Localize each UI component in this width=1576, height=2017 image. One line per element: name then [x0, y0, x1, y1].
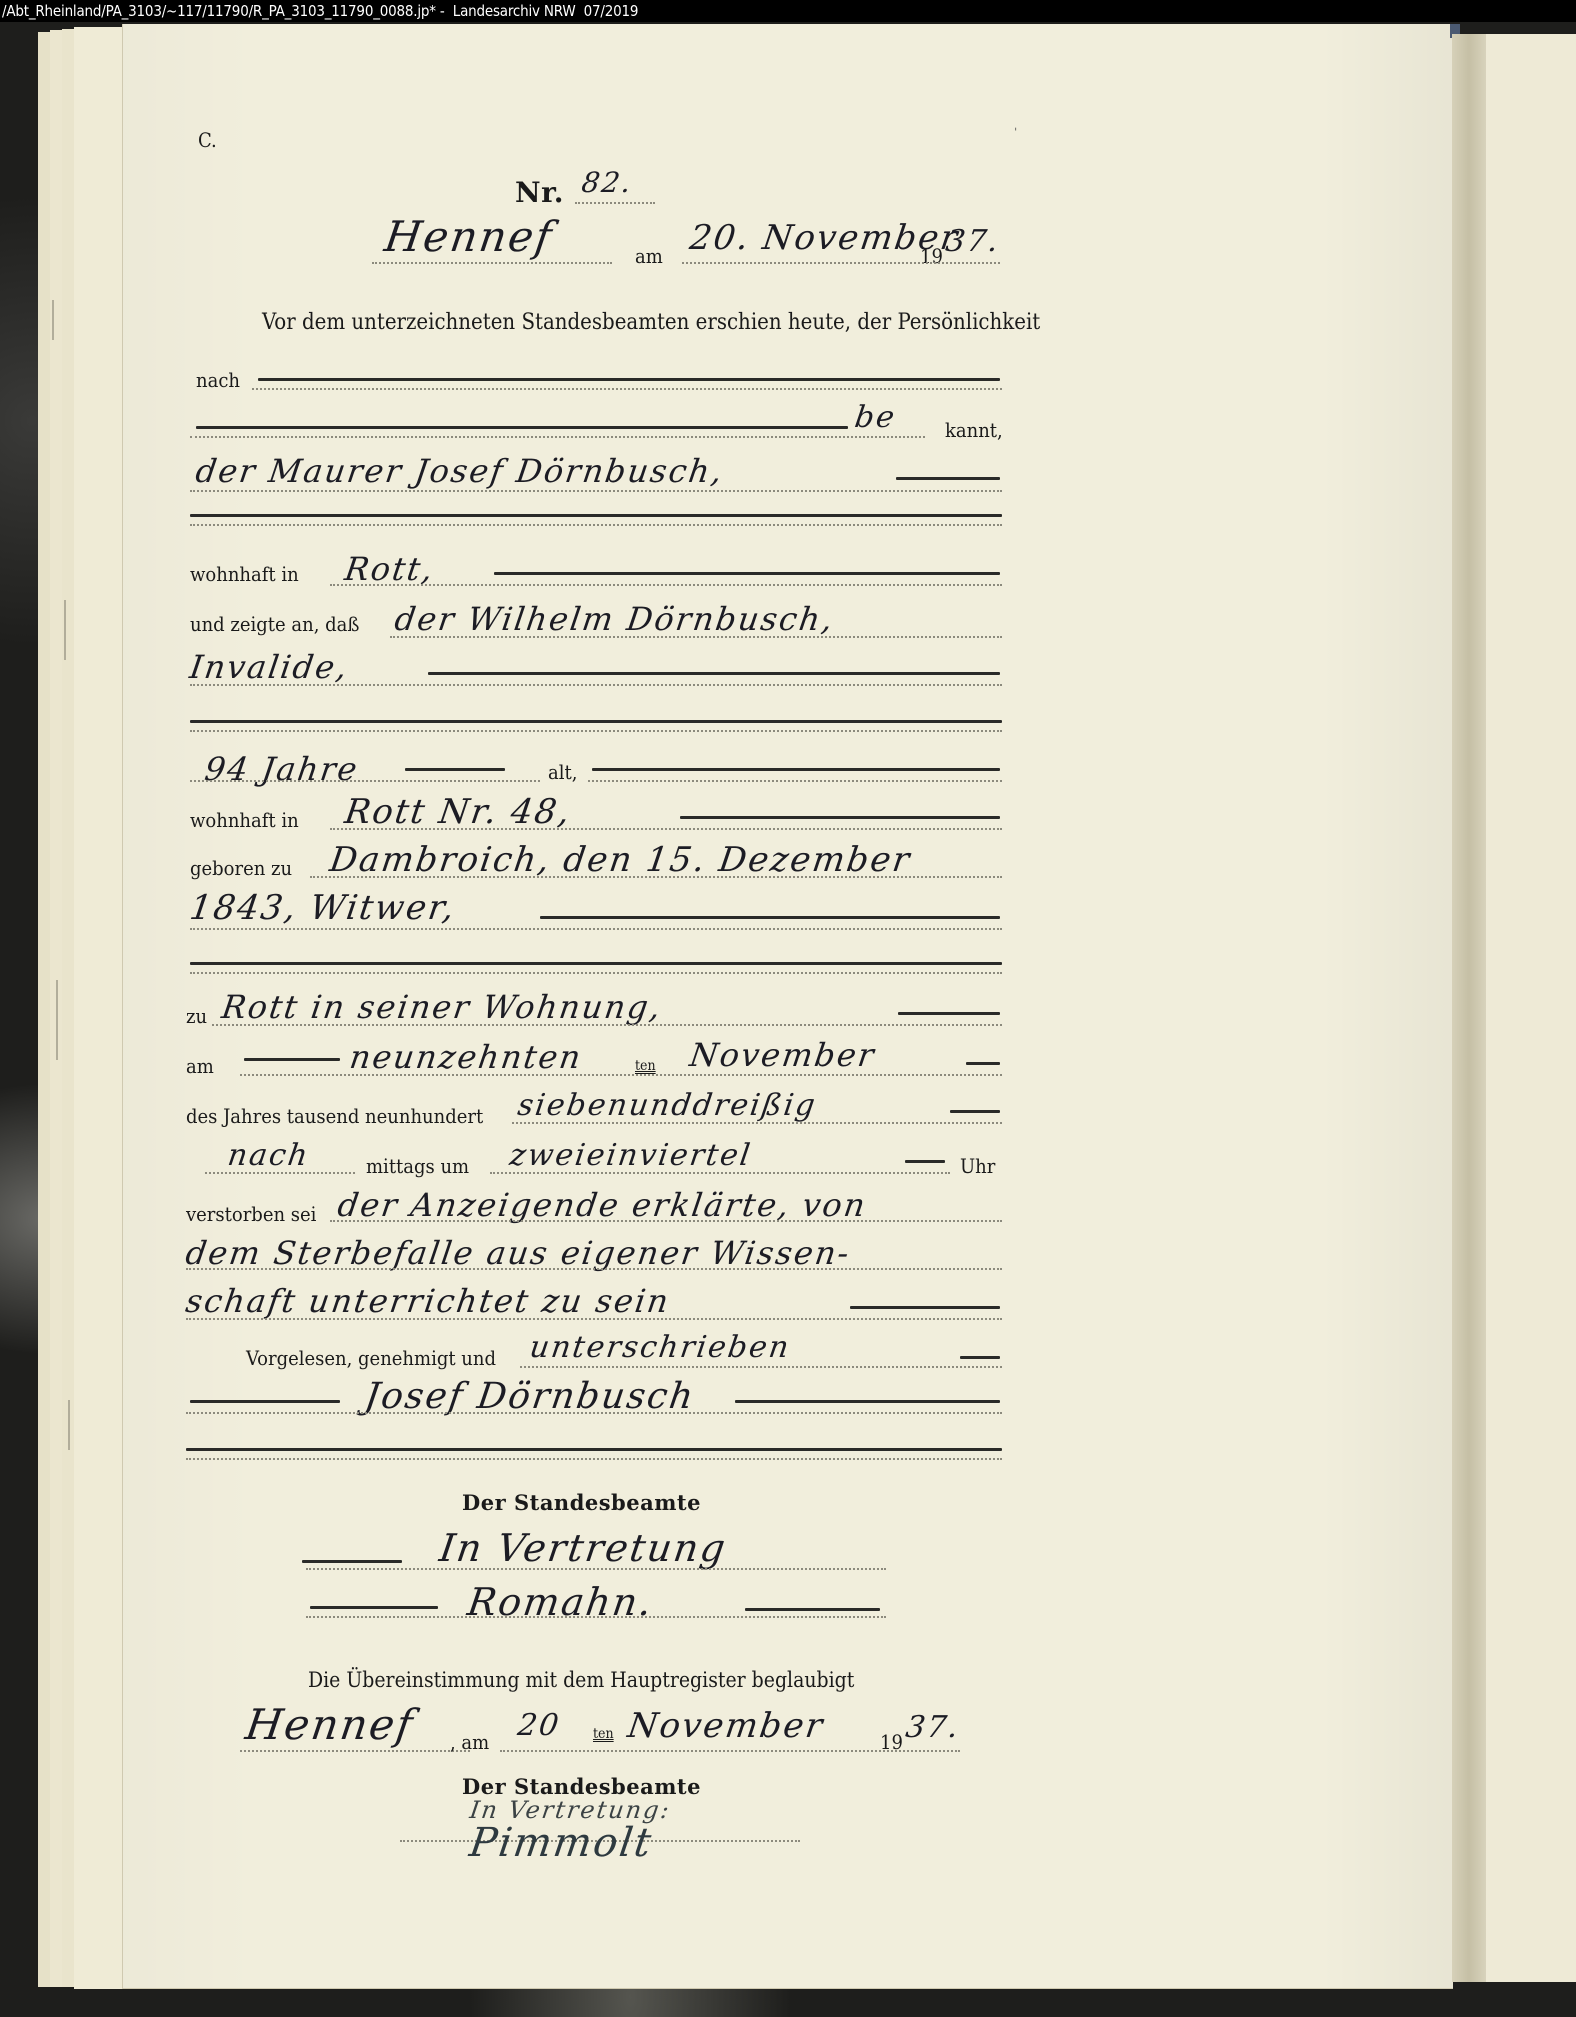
facing-page [1486, 34, 1576, 1982]
statement-line-3: schaft unterrichtet zu sein [183, 1282, 672, 1320]
strike-line [190, 514, 1002, 517]
informant-line: der Maurer Josef Dörnbusch, [193, 452, 726, 490]
year-label: des Jahres tausend neunhundert [186, 1104, 483, 1128]
dotted-line [330, 828, 1002, 830]
dotted-line [190, 780, 540, 782]
dotted-line [520, 1366, 1002, 1368]
death-day-suffix: ten [635, 1058, 656, 1074]
margin-mark: ˈ [1014, 126, 1017, 140]
informant-signature: Josef Dörnbusch [362, 1376, 697, 1417]
strike-line [898, 1012, 1000, 1015]
strike-line [244, 1058, 340, 1061]
strike-line [186, 1448, 1002, 1451]
page-stack-edge [74, 27, 125, 1989]
registrar-deputy: In Vertretung [437, 1526, 730, 1570]
registrar-heading: Der Standesbeamte [462, 1490, 701, 1515]
record-number-label: Nr. [515, 176, 564, 209]
time-written: zweieinviertel [508, 1138, 754, 1173]
paper-speck [64, 600, 66, 660]
strike-line [310, 1606, 438, 1609]
read-approved-label: Vorgelesen, genehmigt und [246, 1346, 496, 1370]
paper-speck [68, 1400, 70, 1450]
certification-day: 20 [516, 1708, 563, 1743]
dotted-line [186, 1318, 1002, 1320]
dotted-line [588, 780, 1002, 782]
strike-line [196, 426, 848, 429]
born-place-date: Dambroich, den 15. Dezember [327, 840, 914, 880]
dotted-line [190, 730, 1002, 732]
strike-line [190, 1400, 340, 1403]
nach-label: nach [196, 368, 240, 392]
death-day: neunzehnten [347, 1038, 585, 1076]
dotted-line [682, 262, 1000, 264]
certification-month: November [625, 1706, 827, 1746]
certification-year-written: 37. [904, 1710, 963, 1745]
death-month: November [687, 1036, 878, 1074]
bekannt-written: be [853, 400, 899, 435]
informant-residence: Rott, [342, 550, 437, 588]
statement-line-1: der Anzeigende erklärte, von [335, 1186, 869, 1224]
strike-line [302, 1560, 402, 1563]
dotted-line [372, 262, 612, 264]
deceased-residence: Rott Nr. 48, [342, 792, 574, 832]
year-written: 37. [944, 224, 1003, 259]
strike-line [258, 378, 1000, 381]
deceased-age: 94 Jahre [202, 750, 361, 788]
strike-line [592, 768, 1000, 771]
time-label: mittags um [366, 1154, 469, 1178]
statement-line-2: dem Sterbefalle aus eigener Wissen- [183, 1234, 853, 1272]
strike-line [950, 1110, 1000, 1113]
dotted-line [190, 684, 1002, 686]
read-written: unterschrieben [528, 1330, 793, 1365]
dotted-line [190, 928, 1002, 930]
uhr-label: Uhr [960, 1154, 995, 1178]
strike-line [896, 477, 1000, 480]
record-place: Hennef [382, 212, 557, 261]
dotted-line [190, 972, 1002, 974]
age-label: alt, [548, 760, 577, 784]
dotted-line [186, 1268, 1002, 1270]
deceased-name: der Wilhelm Dörnbusch, [392, 600, 836, 638]
section-letter: C. [198, 128, 217, 152]
dotted-line [575, 202, 655, 204]
strike-line [190, 962, 1002, 965]
dotted-line [186, 1412, 1002, 1414]
intro-text: Vor dem unterzeichneten Standesbeamten e… [262, 310, 1040, 335]
announcement-label: und zeigte an, daß [190, 612, 359, 636]
dotted-line [330, 1220, 1002, 1222]
died-label: verstorben sei [186, 1202, 316, 1226]
dotted-line [330, 584, 1002, 586]
record-number-value: 82. [580, 166, 635, 199]
born-label: geboren zu [190, 856, 292, 880]
strike-line [405, 768, 505, 771]
dotted-line [306, 1568, 886, 1570]
certification-am-label: , am [450, 1730, 489, 1754]
dotted-line [240, 1750, 470, 1752]
dotted-line [205, 1172, 355, 1174]
book-gutter [1452, 34, 1486, 1982]
dotted-line [186, 1458, 1002, 1460]
certification-text: Die Übereinstimmung mit dem Hauptregiste… [308, 1668, 854, 1692]
dotted-line [500, 1750, 960, 1752]
deceased-occupation: Invalide, [187, 648, 351, 686]
strike-line [428, 672, 1000, 675]
date-prefix-label: am [635, 244, 663, 268]
certification-place: Hennef [243, 1700, 418, 1749]
dotted-line [190, 524, 1002, 526]
dotted-line [512, 1122, 1002, 1124]
time-prefix: nach [226, 1138, 312, 1173]
paper-speck [52, 300, 54, 340]
strike-line [494, 572, 1000, 575]
dotted-line [252, 388, 1002, 390]
paper-speck [56, 980, 58, 1060]
cert-signature: Pimmolt [467, 1820, 656, 1866]
death-place: Rott in seiner Wohnung, [219, 988, 664, 1026]
strike-line [850, 1306, 1000, 1309]
year-printed: 19 [920, 244, 943, 268]
year-words: siebenunddreißig [516, 1088, 820, 1123]
dotted-line [190, 436, 925, 438]
death-day-label: am [186, 1054, 214, 1078]
strike-line [905, 1160, 945, 1163]
strike-line [745, 1608, 880, 1611]
strike-line [190, 720, 1002, 723]
strike-line [960, 1356, 1000, 1359]
window-title-bar: /Abt_Rheinland/PA_3103/~117/11790/R_PA_3… [0, 0, 1576, 22]
residence-label: wohnhaft in [190, 562, 299, 586]
dotted-line [240, 1074, 1002, 1076]
strike-line [966, 1062, 1000, 1065]
death-place-label: zu [186, 1004, 207, 1028]
window-title: /Abt_Rheinland/PA_3103/~117/11790/R_PA_3… [2, 2, 638, 20]
dotted-line [212, 1024, 1002, 1026]
dotted-line [306, 1616, 886, 1618]
dotted-line [490, 1172, 950, 1174]
strike-line [735, 1400, 1000, 1403]
strike-line [540, 916, 1000, 919]
dotted-line [390, 636, 1002, 638]
bekannt-printed: kannt, [945, 418, 1003, 442]
certification-ten: ten [593, 1726, 614, 1742]
dotted-line [310, 876, 1002, 878]
strike-line [680, 816, 1000, 819]
dotted-line [190, 490, 1002, 492]
born-year-status: 1843, Witwer, [187, 888, 458, 928]
deceased-residence-label: wohnhaft in [190, 808, 299, 832]
